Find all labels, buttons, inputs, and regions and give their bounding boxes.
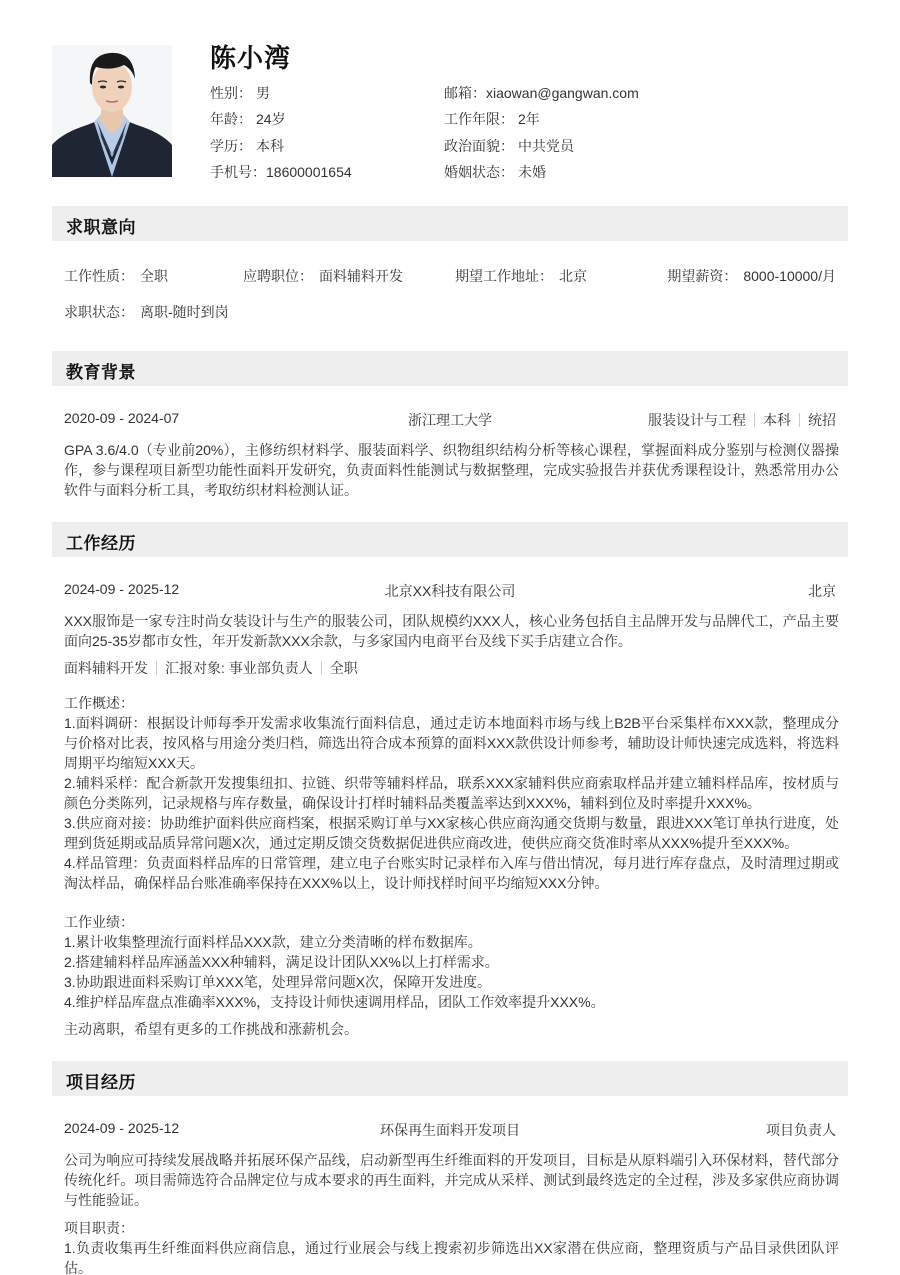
- leave-reason: 主动离职，希望有更多的工作挑战和涨薪机会。: [64, 1019, 839, 1039]
- section-title: 项目经历: [66, 1068, 136, 1093]
- intent-salary: 期望薪资：8000-10000/月: [667, 266, 836, 286]
- section-header-intent: 求职意向: [52, 206, 848, 241]
- intent-label: 工作性质：: [64, 268, 134, 284]
- section-title: 求职意向: [66, 213, 136, 238]
- info-marital-status: 婚姻状态：未婚: [444, 161, 639, 187]
- intent-status: 求职状态：离职-随时到岗: [64, 302, 229, 322]
- info-gender: 性别：男: [210, 82, 352, 108]
- achievement-item: 3.协助跟进面料采购订单XXX笔，处理异常问题X次，保障开发进度。: [64, 972, 839, 992]
- info-label: 婚姻状态：: [444, 161, 514, 183]
- section-title: 工作经历: [66, 529, 136, 554]
- intent-position: 应聘职位：面料辅料开发: [243, 266, 403, 286]
- intent-work-type: 工作性质：全职: [64, 266, 168, 286]
- company-intro: XXX服饰是一家专注时尚女装设计与生产的服装公司，团队规模约XXX人，核心业务包…: [64, 611, 839, 651]
- info-value: 24岁: [256, 108, 286, 130]
- divider: [754, 413, 755, 427]
- section-header-work: 工作经历: [52, 522, 848, 557]
- achievement-item: 4.维护样品库盘点准确率XXX%，支持设计师快速调用样品，团队工作效率提升XXX…: [64, 992, 839, 1012]
- work-location: 北京: [808, 581, 836, 601]
- duty-item: 1.负责收集再生纤维面料供应商信息，通过行业展会与线上搜索初步筛选出XX家潜在供…: [64, 1238, 839, 1275]
- info-label: 年龄：: [210, 108, 252, 130]
- intent-value: 北京: [559, 268, 587, 284]
- resume-header: 陈小湾 性别：男 年龄：24岁 学历：本科 手机号：18600001654 邮箱…: [0, 0, 900, 200]
- info-label: 手机号：: [210, 161, 266, 183]
- avatar-photo: [52, 45, 172, 177]
- project-row: 2024-09 - 2025-12 环保再生面料开发项目 项目负责人: [64, 1120, 836, 1142]
- info-label: 性别：: [210, 82, 252, 104]
- info-email: 邮箱：xiaowan@gangwan.com: [444, 82, 639, 108]
- divider: [156, 661, 157, 675]
- info-label: 工作年限：: [444, 108, 514, 130]
- info-label: 政治面貌：: [444, 135, 514, 157]
- info-value: 本科: [256, 135, 284, 157]
- work-tags: 面料辅料开发汇报对象: 事业部负责人全职: [64, 658, 839, 678]
- info-work-years: 工作年限：2年: [444, 108, 639, 134]
- info-value: xiaowan@gangwan.com: [486, 82, 639, 104]
- info-phone: 手机号：18600001654: [210, 161, 352, 187]
- intent-label: 应聘职位：: [243, 268, 313, 284]
- work-tag-report-to: 汇报对象: 事业部负责人: [165, 660, 313, 676]
- education-major: 服装设计与工程: [648, 412, 746, 428]
- candidate-name: 陈小湾: [210, 38, 291, 75]
- info-label: 学历：: [210, 135, 252, 157]
- work-company: 北京XX科技有限公司: [64, 581, 836, 601]
- work-tag-position: 面料辅料开发: [64, 660, 148, 676]
- info-value: 未婚: [518, 161, 546, 183]
- intent-location: 期望工作地址：北京: [455, 266, 587, 286]
- section-header-project: 项目经历: [52, 1061, 848, 1096]
- overview-title: 工作概述：: [64, 693, 839, 713]
- info-political-status: 政治面貌：中共党员: [444, 135, 639, 161]
- intent-value: 面料辅料开发: [319, 268, 403, 284]
- overview-item: 2.辅料采样：配合新款开发搜集纽扣、拉链、织带等辅料样品，联系XXX家辅料供应商…: [64, 773, 839, 813]
- project-name: 环保再生面料开发项目: [64, 1120, 836, 1140]
- intent-value: 8000-10000/月: [743, 268, 836, 284]
- work-tag-type: 全职: [330, 660, 358, 676]
- info-value: 中共党员: [518, 135, 574, 157]
- work-overview: 工作概述： 1.面料调研：根据设计师每季开发需求收集流行面料信息，通过走访本地面…: [64, 693, 839, 893]
- intent-label: 求职状态：: [64, 304, 134, 320]
- intent-label: 期望薪资：: [667, 268, 737, 284]
- intent-label: 期望工作地址：: [455, 268, 553, 284]
- portrait-icon: [52, 45, 172, 177]
- section-title: 教育背景: [66, 358, 136, 383]
- intent-value: 全职: [140, 268, 168, 284]
- education-type: 统招: [808, 412, 836, 428]
- overview-item: 4.样品管理：负责面料样品库的日常管理，建立电子台账实时记录样布入库与借出情况，…: [64, 853, 839, 893]
- project-description: 公司为响应可持续发展战略并拓展环保产品线，启动新型再生纤维面料的开发项目，目标是…: [64, 1150, 839, 1210]
- education-description: GPA 3.6/4.0（专业前20%），主修纺织材料学、服装面料学、织物组织结构…: [64, 440, 839, 500]
- project-role: 项目负责人: [766, 1120, 836, 1140]
- achievement-item: 1.累计收集整理流行面料样品XXX款，建立分类清晰的样布数据库。: [64, 932, 839, 952]
- overview-item: 3.供应商对接：协助维护面料供应商档案，根据采购订单与XX家核心供应商沟通交货期…: [64, 813, 839, 853]
- divider: [321, 661, 322, 675]
- intent-value: 离职-随时到岗: [140, 304, 229, 320]
- info-value: 18600001654: [266, 161, 352, 183]
- info-label: 邮箱：: [444, 82, 486, 104]
- education-row: 2020-09 - 2024-07 浙江理工大学 服装设计与工程本科统招: [64, 410, 836, 432]
- education-meta: 服装设计与工程本科统招: [648, 410, 836, 430]
- info-value: 2年: [518, 108, 540, 130]
- info-age: 年龄：24岁: [210, 108, 352, 134]
- education-degree: 本科: [763, 412, 791, 428]
- basic-info-left: 性别：男 年龄：24岁 学历：本科 手机号：18600001654: [210, 82, 352, 187]
- work-achievements: 工作业绩： 1.累计收集整理流行面料样品XXX款，建立分类清晰的样布数据库。 2…: [64, 912, 839, 1012]
- divider: [799, 413, 800, 427]
- overview-item: 1.面料调研：根据设计师每季开发需求收集流行面料信息，通过走访本地面料市场与线上…: [64, 713, 839, 773]
- achievement-item: 2.搭建辅料样品库涵盖XXX种辅料，满足设计团队XX%以上打样需求。: [64, 952, 839, 972]
- info-education: 学历：本科: [210, 135, 352, 161]
- achievements-title: 工作业绩：: [64, 912, 839, 932]
- duties-title: 项目职责：: [64, 1218, 839, 1238]
- work-row: 2024-09 - 2025-12 北京XX科技有限公司 北京: [64, 581, 836, 603]
- info-value: 男: [256, 82, 270, 104]
- section-header-education: 教育背景: [52, 351, 848, 386]
- project-duties: 项目职责： 1.负责收集再生纤维面料供应商信息，通过行业展会与线上搜索初步筛选出…: [64, 1218, 839, 1275]
- basic-info-right: 邮箱：xiaowan@gangwan.com 工作年限：2年 政治面貌：中共党员…: [444, 82, 639, 187]
